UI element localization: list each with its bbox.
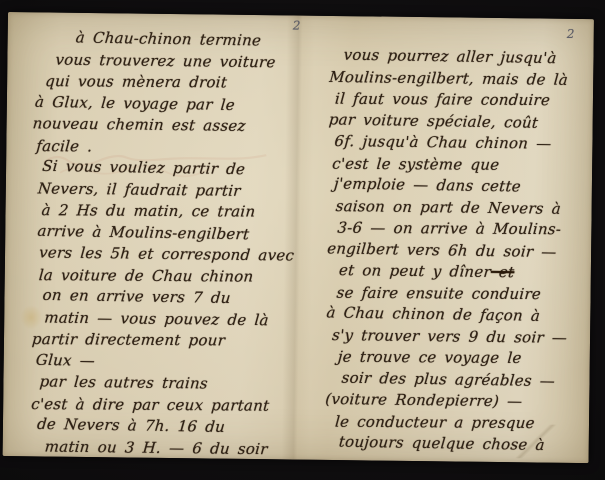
handwritten-line: vous trouverez une voiture bbox=[33, 50, 311, 75]
handwritten-line: matin ou 3 H. — 6 du soir bbox=[28, 437, 306, 462]
handwritten-line: à Chau chinon de façon à bbox=[325, 303, 589, 329]
handwritten-line: il faut vous faire conduire bbox=[328, 90, 592, 113]
handwritten-line: partir directement pour bbox=[29, 330, 307, 353]
handwritten-line: qui vous mènera droit bbox=[32, 72, 310, 95]
struck-word: et bbox=[490, 263, 515, 281]
handwritten-line: matin — vous pouvez de là bbox=[29, 308, 307, 333]
handwritten-line: c'est le système que bbox=[327, 154, 591, 177]
letter-sheet: 2 2 à Chau-chinon terminevous trouverez … bbox=[3, 12, 594, 463]
handwritten-line: et on peut y dîner et bbox=[326, 261, 590, 286]
handwritten-line: Nevers, il faudrait partir bbox=[31, 179, 309, 204]
scan-background: 2 2 à Chau-chinon terminevous trouverez … bbox=[0, 0, 605, 480]
left-page-text: à Chau-chinon terminevous trouverez une … bbox=[29, 28, 310, 461]
handwritten-line: toujours quelque chose à bbox=[324, 432, 588, 458]
handwritten-line: vous pourrez aller jusqu'à bbox=[329, 45, 593, 71]
handwritten-line: j'emploie — dans cette bbox=[327, 174, 591, 200]
page-number-right: 2 bbox=[567, 27, 575, 41]
right-page-text: vous pourrez aller jusqu'àMoulins-engilb… bbox=[325, 46, 592, 458]
handwritten-line: se faire ensuite conduire bbox=[326, 283, 590, 306]
page-number-left: 2 bbox=[293, 18, 301, 32]
handwritten-line: vers les 5h et correspond avec bbox=[30, 243, 308, 268]
handwritten-line: (voiture Rondepierre) — bbox=[324, 390, 588, 415]
handwritten-line: 3-6 — on arrive à Moulins- bbox=[326, 219, 590, 242]
handwritten-line: 6f. jusqu'à Chau chinon — bbox=[328, 132, 592, 157]
handwritten-line: saison on part de Nevers à bbox=[327, 196, 591, 221]
handwritten-line: à 2 Hs du matin, ce train bbox=[31, 201, 309, 224]
handwritten-line: s'y trouver vers 9 du soir — bbox=[325, 325, 589, 350]
handwritten-line: par les autres trains bbox=[29, 372, 307, 397]
handwritten-line: le conducteur a presque bbox=[324, 412, 588, 435]
handwritten-line: je trouve ce voyage le bbox=[325, 348, 589, 371]
handwritten-line: nouveau chemin est assez bbox=[32, 114, 310, 139]
handwritten-line: Moulins-engilbert, mais de là bbox=[328, 67, 592, 92]
